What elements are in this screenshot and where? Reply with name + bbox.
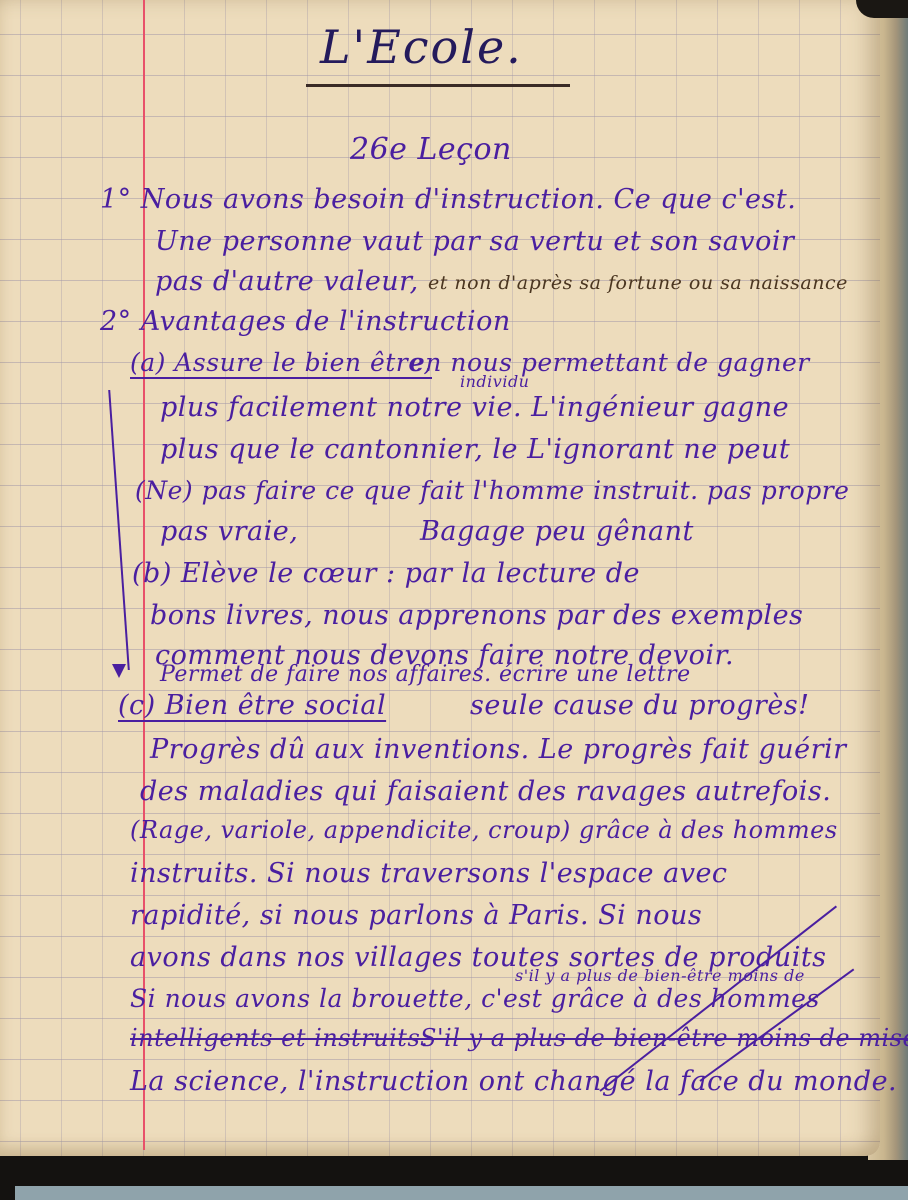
text-line: plus facilement notre vie. L'ingénieur g… <box>160 392 789 423</box>
notebook-page: L'Ecole. 26e Leçon 1° Nous avons besoin … <box>0 0 880 1156</box>
lesson-heading: 26e Leçon <box>350 132 512 167</box>
text-line: des maladies qui faisaient des ravages a… <box>140 776 831 807</box>
text-line: seule cause du progrès! <box>470 690 810 721</box>
text-line: plus que le cantonnier, le L'ignorant ne… <box>160 434 790 465</box>
text-line: Bagage peu gênant <box>420 516 694 547</box>
inserted-line: Permet de faire nos affaires. écrire une… <box>160 662 691 687</box>
annotation-line: s'il y a plus de bien-être moins de <box>515 966 805 985</box>
arrow-down-icon <box>112 664 126 678</box>
subheading-a: (a) Assure le bien être, <box>130 348 432 377</box>
text-line: instruits. Si nous traversons l'espace a… <box>130 858 728 889</box>
annotation-line: et non d'après sa fortune ou sa naissanc… <box>428 272 848 294</box>
margin-arrow <box>108 390 130 670</box>
page-title: L'Ecole. <box>320 20 523 74</box>
page-corner-shadow <box>856 0 908 18</box>
title-underline <box>306 84 570 87</box>
section-heading: 2° Avantages de l'instruction <box>100 306 511 337</box>
text-line: Progrès dû aux inventions. Le progrès fa… <box>150 734 847 765</box>
text-line: pas d'autre valeur, <box>155 266 419 297</box>
subheading-c: (c) Bien être social <box>118 690 386 721</box>
struck-text: intelligents et instruits. <box>130 1024 428 1052</box>
text-line: pas vraie, <box>160 516 298 547</box>
text-line: (Ne) pas faire ce que fait l'homme instr… <box>135 476 849 505</box>
annotation-line: individu <box>460 372 529 391</box>
text-line: 1° Nous avons besoin d'instruction. Ce q… <box>100 184 796 215</box>
text-line: rapidité, si nous parlons à Paris. Si no… <box>130 900 702 931</box>
backdrop <box>15 1186 908 1200</box>
text-line: Une personne vaut par sa vertu et son sa… <box>155 226 794 257</box>
text-line: bons livres, nous apprenons par des exem… <box>150 600 803 631</box>
text-line: (Rage, variole, appendicite, croup) grâc… <box>130 816 838 844</box>
subheading-b: (b) Elève le cœur : par la lecture de <box>132 558 640 589</box>
text-line: La science, l'instruction ont changé la … <box>130 1066 897 1097</box>
